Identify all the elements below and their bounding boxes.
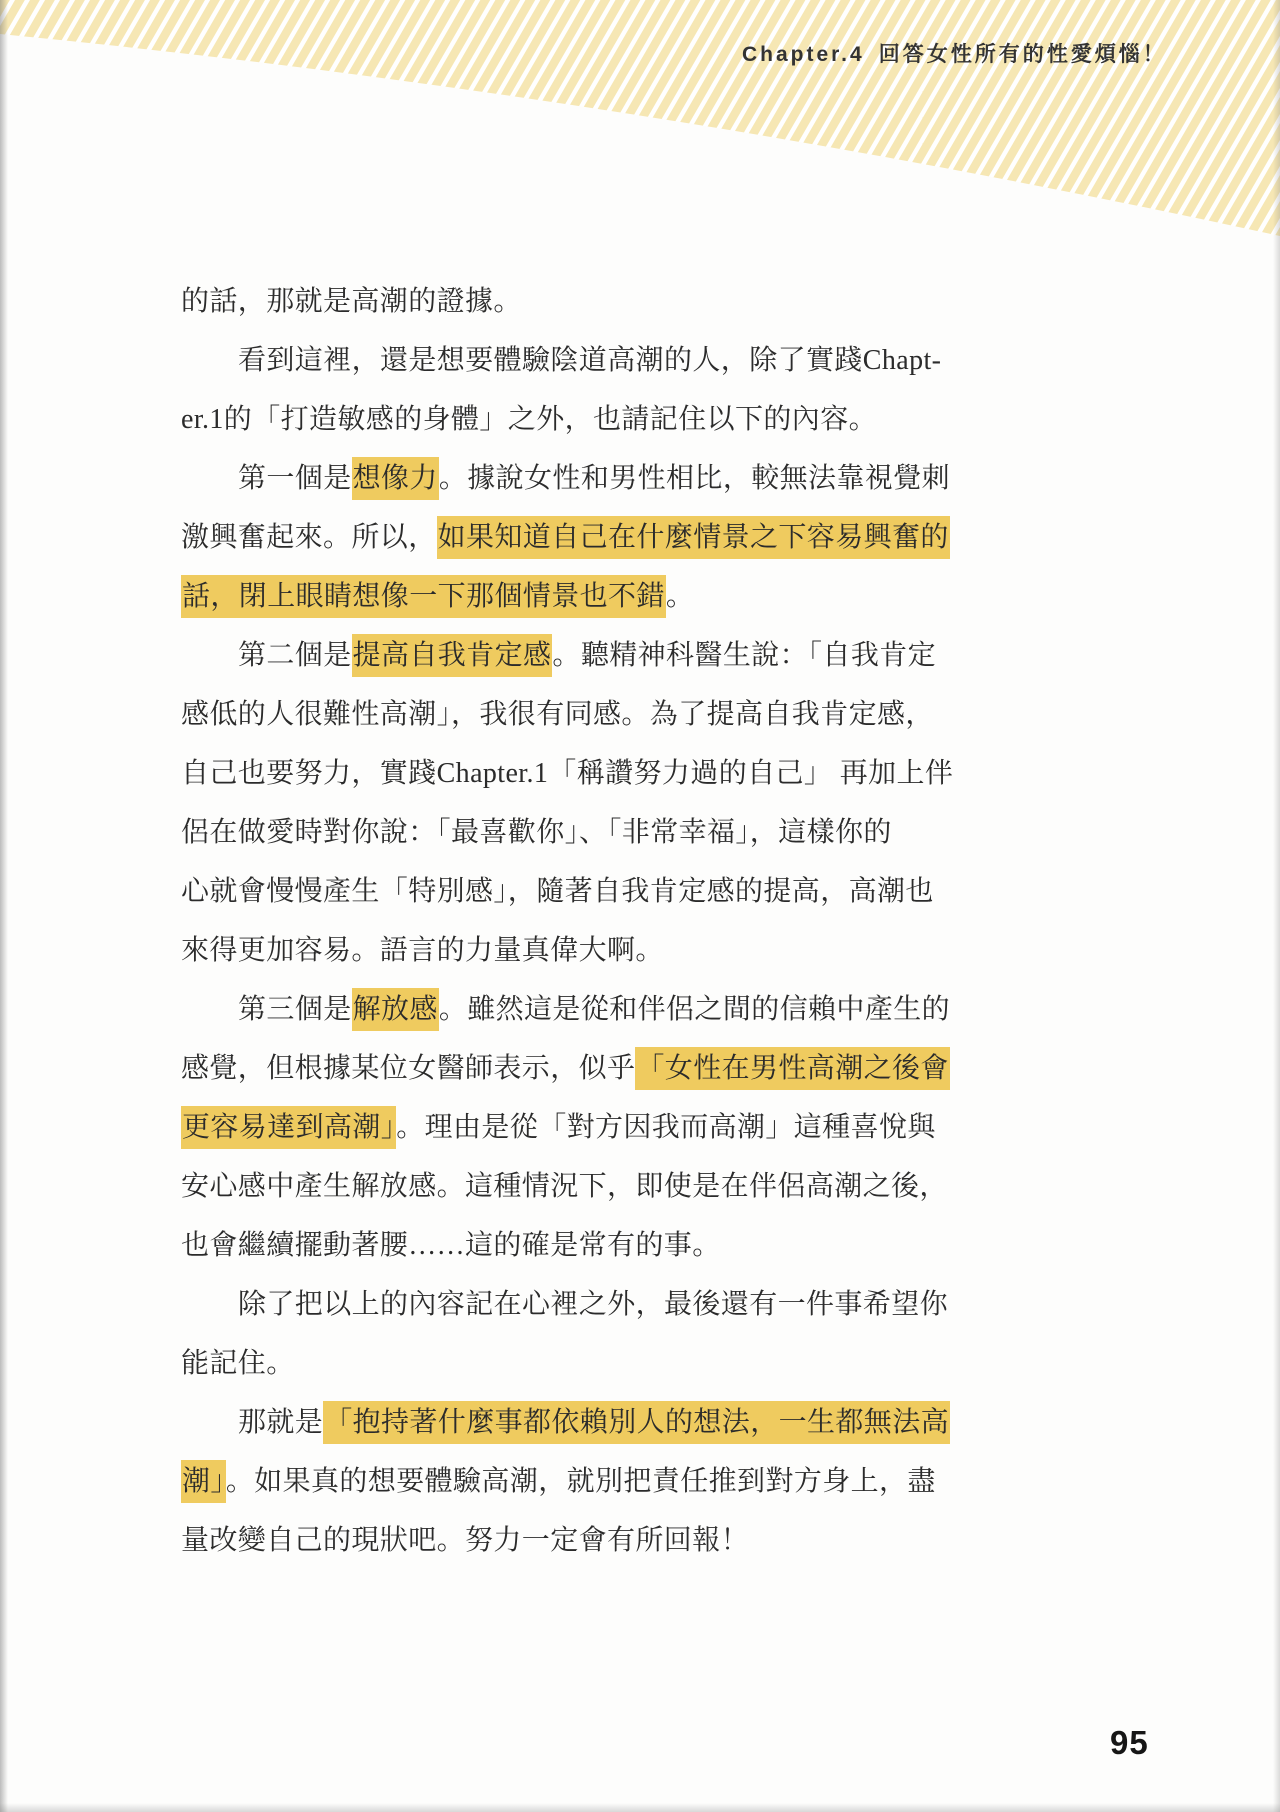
text-segment: 心就會慢慢產生「特別感」，隨著自我肯定感的提高，高潮也 [181, 876, 934, 907]
text-segment: 。聽精神科醫生說：「自我肯定 [552, 640, 936, 671]
text-segment: 能記住。 [181, 1348, 295, 1379]
text-segment: 。如果真的想要體驗高潮，就別把責任推到對方身上，盡 [226, 1466, 936, 1497]
text-segment: 安心感中產生解放感。這種情況下，即使是在伴侶高潮之後， [181, 1171, 948, 1202]
text-line: 第一個是想像力。據說女性和男性相比，較無法靠視覺刺 [181, 449, 981, 508]
highlighted-text: 「女性在男性高潮之後會 [635, 1047, 949, 1090]
text-line: 那就是「抱持著什麼事都依賴別人的想法，一生都無法高 [181, 1393, 981, 1452]
highlighted-text: 「抱持著什麼事都依賴別人的想法，一生都無法高 [323, 1401, 950, 1444]
text-segment: 。雖然這是從和伴侶之間的信賴中產生的 [439, 994, 950, 1025]
text-segment: 感低的人很難性高潮」，我很有同感。為了提高自我肯定感， [181, 699, 934, 730]
text-line: 心就會慢慢產生「特別感」，隨著自我肯定感的提高，高潮也 [181, 862, 981, 921]
text-segment: 第一個是 [238, 463, 352, 494]
highlighted-text: 解放感 [352, 988, 439, 1031]
highlighted-text: 提高自我肯定感 [352, 634, 553, 677]
body-text: 的話，那就是高潮的證據。看到這裡，還是想要體驗陰道高潮的人，除了實踐Chapt-… [181, 272, 981, 1570]
text-line: 也會繼續擺動著腰……這的確是常有的事。 [181, 1216, 981, 1275]
text-segment: 來得更加容易。語言的力量真偉大啊。 [181, 935, 664, 966]
highlighted-text: 更容易達到高潮」 [181, 1106, 396, 1149]
page-edge-shadow-right [1273, 0, 1280, 1812]
text-segment: 量改變自己的現狀吧。努力一定會有所回報！ [181, 1525, 749, 1556]
text-line: 侶在做愛時對你說：「最喜歡你」、「非常幸福」，這樣你的 [181, 803, 981, 862]
text-segment: 看到這裡，還是想要體驗陰道高潮的人，除了實踐Chapt- [238, 345, 941, 376]
text-line: 激興奮起來。所以，如果知道自己在什麼情景之下容易興奮的 [181, 508, 981, 567]
text-line: 感低的人很難性高潮」，我很有同感。為了提高自我肯定感， [181, 685, 981, 744]
highlighted-text: 潮」 [181, 1460, 226, 1503]
text-line: 話，閉上眼睛想像一下那個情景也不錯。 [181, 567, 981, 626]
text-line: 第二個是提高自我肯定感。聽精神科醫生說：「自我肯定 [181, 626, 981, 685]
highlighted-text: 想像力 [352, 457, 439, 500]
text-segment: 激興奮起來。所以， [181, 522, 437, 553]
text-segment: 。理由是從「對方因我而高潮」這種喜悅與 [396, 1112, 936, 1143]
text-segment: 第二個是 [238, 640, 352, 671]
text-line: 第三個是解放感。雖然這是從和伴侶之間的信賴中產生的 [181, 980, 981, 1039]
text-segment: 第三個是 [238, 994, 352, 1025]
page-edge-shadow-left [0, 0, 8, 1812]
text-line: 潮」。如果真的想要體驗高潮，就別把責任推到對方身上，盡 [181, 1452, 981, 1511]
text-line: 感覺，但根據某位女醫師表示，似乎「女性在男性高潮之後會 [181, 1039, 981, 1098]
text-segment: 那就是 [238, 1407, 323, 1438]
page-edge-shadow-bottom [0, 1803, 1280, 1812]
text-segment: er.1的「打造敏感的身體」之外，也請記住以下的內容。 [181, 404, 877, 435]
page-number: 95 [1110, 1724, 1149, 1762]
text-line: 的話，那就是高潮的證據。 [181, 272, 981, 331]
highlighted-text: 話，閉上眼睛想像一下那個情景也不錯 [181, 575, 666, 618]
text-line: 看到這裡，還是想要體驗陰道高潮的人，除了實踐Chapt- [181, 331, 981, 390]
chapter-title: 回答女性所有的性愛煩惱！ [879, 38, 1167, 68]
text-line: 安心感中產生解放感。這種情況下，即使是在伴侶高潮之後， [181, 1157, 981, 1216]
text-segment: 。據說女性和男性相比，較無法靠視覺刺 [439, 463, 950, 494]
text-line: 除了把以上的內容記在心裡之外，最後還有一件事希望你 [181, 1275, 981, 1334]
text-segment: 侶在做愛時對你說：「最喜歡你」、「非常幸福」，這樣你的 [181, 817, 892, 848]
text-line: 來得更加容易。語言的力量真偉大啊。 [181, 921, 981, 980]
book-page: Chapter.4 回答女性所有的性愛煩惱！ 的話，那就是高潮的證據。看到這裡，… [0, 0, 1280, 1812]
text-segment: 除了把以上的內容記在心裡之外，最後還有一件事希望你 [238, 1289, 948, 1320]
text-line: 更容易達到高潮」。理由是從「對方因我而高潮」這種喜悅與 [181, 1098, 981, 1157]
chapter-number: Chapter.4 [742, 43, 865, 67]
text-line: 量改變自己的現狀吧。努力一定會有所回報！ [181, 1511, 981, 1570]
text-segment: 感覺，但根據某位女醫師表示，似乎 [181, 1053, 635, 1084]
text-segment: 的話，那就是高潮的證據。 [181, 286, 522, 317]
text-line: 自己也要努力，實踐Chapter.1「稱讚努力過的自己」 再加上伴 [181, 744, 981, 803]
highlighted-text: 如果知道自己在什麼情景之下容易興奮的 [437, 516, 950, 559]
text-segment: 。 [666, 581, 694, 612]
text-line: 能記住。 [181, 1334, 981, 1393]
text-segment: 自己也要努力，實踐Chapter.1「稱讚努力過的自己」 再加上伴 [181, 758, 953, 789]
text-segment: 也會繼續擺動著腰……這的確是常有的事。 [181, 1230, 721, 1261]
text-line: er.1的「打造敏感的身體」之外，也請記住以下的內容。 [181, 390, 981, 449]
chapter-header: Chapter.4 回答女性所有的性愛煩惱！ [742, 38, 1167, 68]
